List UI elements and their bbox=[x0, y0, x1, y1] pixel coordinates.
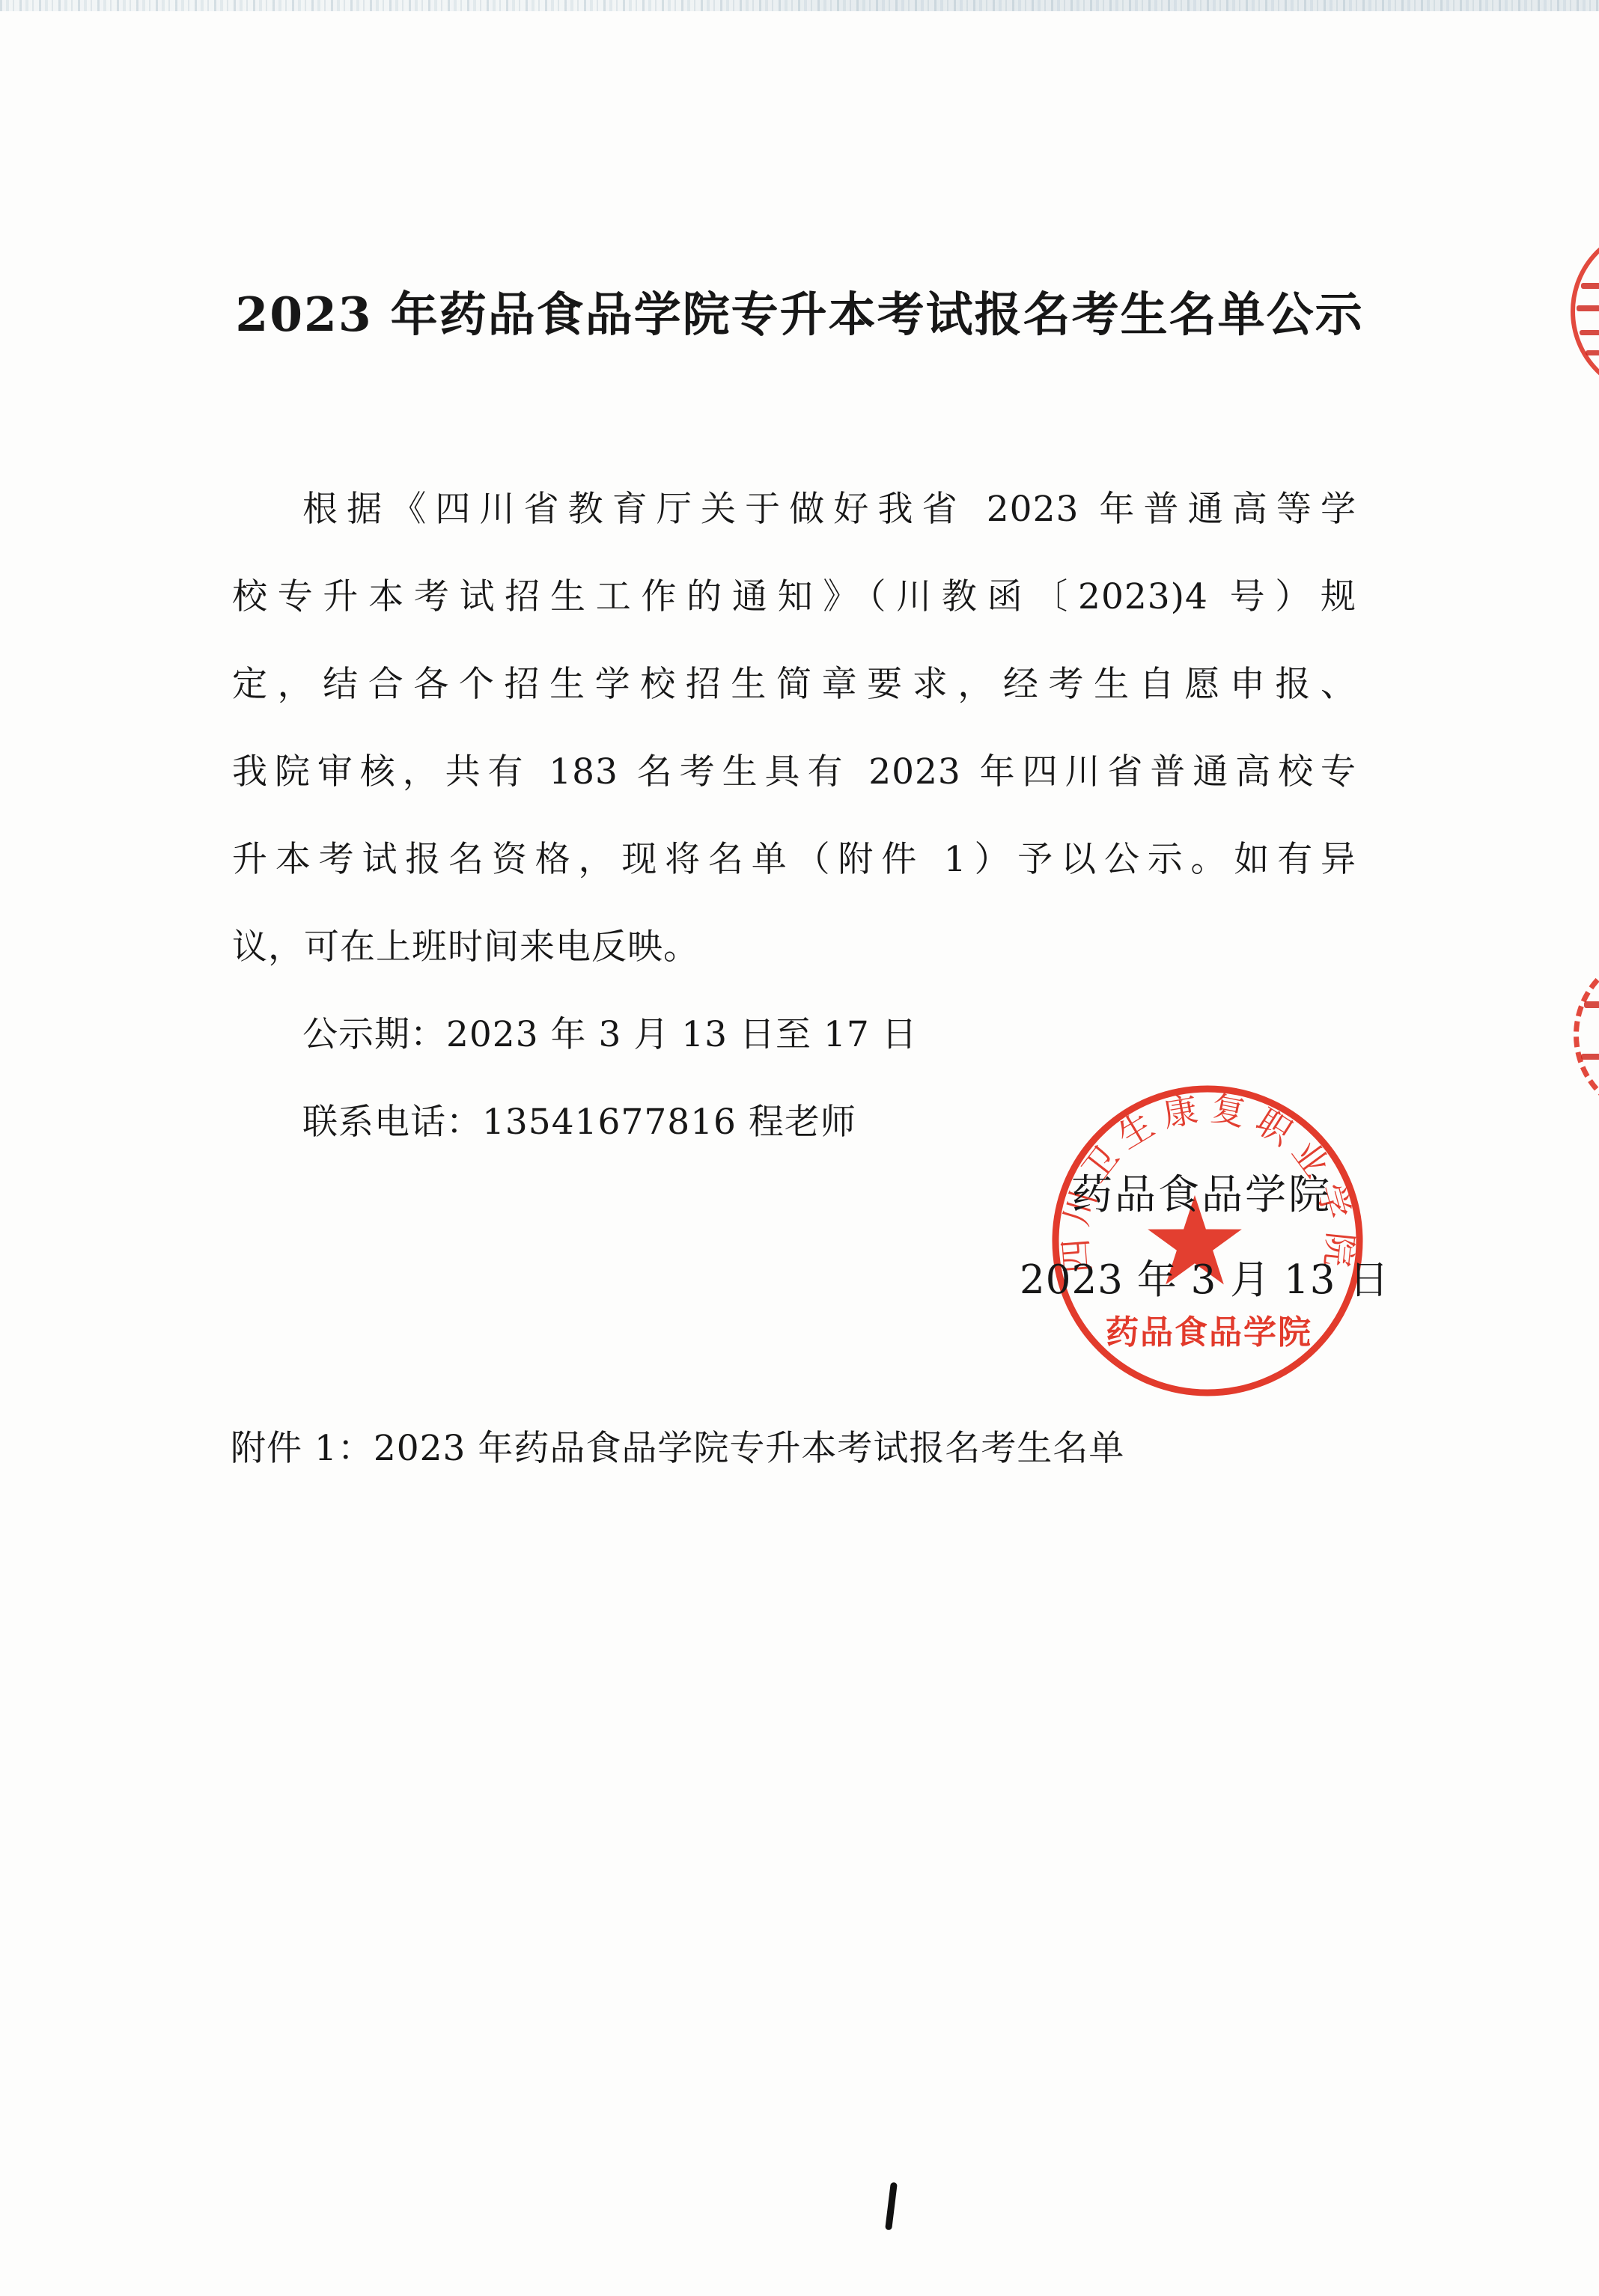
stamp-text-fragment bbox=[1580, 330, 1599, 335]
signature-date: 2023 年 3 月 13 日 bbox=[1020, 1248, 1382, 1305]
body-line: 定，结合各个招生学校招生简章要求，经考生自愿申报、 bbox=[232, 641, 1356, 728]
handwritten-page-number bbox=[885, 2182, 898, 2231]
partial-edge-stamp-lower bbox=[1574, 950, 1599, 1120]
partial-edge-stamp-upper bbox=[1571, 225, 1599, 397]
body-line: 校专升本考试招生工作的通知》（川教函〔2023)4 号）规 bbox=[232, 553, 1356, 641]
body-line: 升本考试报名资格，现将名单（附件 1）予以公示。如有异 bbox=[232, 816, 1356, 903]
stamp-text-fragment bbox=[1584, 1001, 1599, 1008]
seal-bottom-text: 药品食品学院 bbox=[1106, 1313, 1312, 1352]
body-line: 我院审核，共有 183 名考生具有 2023 年四川省普通高校专 bbox=[232, 728, 1356, 816]
stamp-text-fragment bbox=[1581, 1054, 1599, 1060]
signature-unit-name: 药品食品学院 bbox=[1048, 1161, 1355, 1221]
scanner-edge-artifact bbox=[0, 0, 1599, 11]
attachment-reference-line: 附件 1：2023 年药品食品学院专升本考试报名考生名单 bbox=[231, 1420, 1428, 1471]
stamp-text-fragment bbox=[1577, 305, 1599, 311]
document-body: 根据《四川省教育厅关于做好我省 2023 年普通高等学 校专升本考试招生工作的通… bbox=[232, 465, 1356, 1166]
body-line: 根据《四川省教育厅关于做好我省 2023 年普通高等学 bbox=[232, 465, 1356, 553]
publicity-period-line: 公示期：2023 年 3 月 13 日至 17 日 bbox=[232, 991, 1356, 1078]
body-line: 议，可在上班时间来电反映。 bbox=[232, 903, 1356, 991]
document-title: 2023 年药品食品学院专升本考试报名考生名单公示 bbox=[0, 277, 1599, 345]
stamp-text-fragment bbox=[1581, 283, 1599, 289]
stamp-text-fragment bbox=[1586, 350, 1599, 355]
scanned-document-page: 2023 年药品食品学院专升本考试报名考生名单公示 根据《四川省教育厅关于做好我… bbox=[0, 0, 1599, 2296]
official-seal: 四川卫生康复职业学院 药品食品学院 bbox=[1047, 1080, 1368, 1402]
